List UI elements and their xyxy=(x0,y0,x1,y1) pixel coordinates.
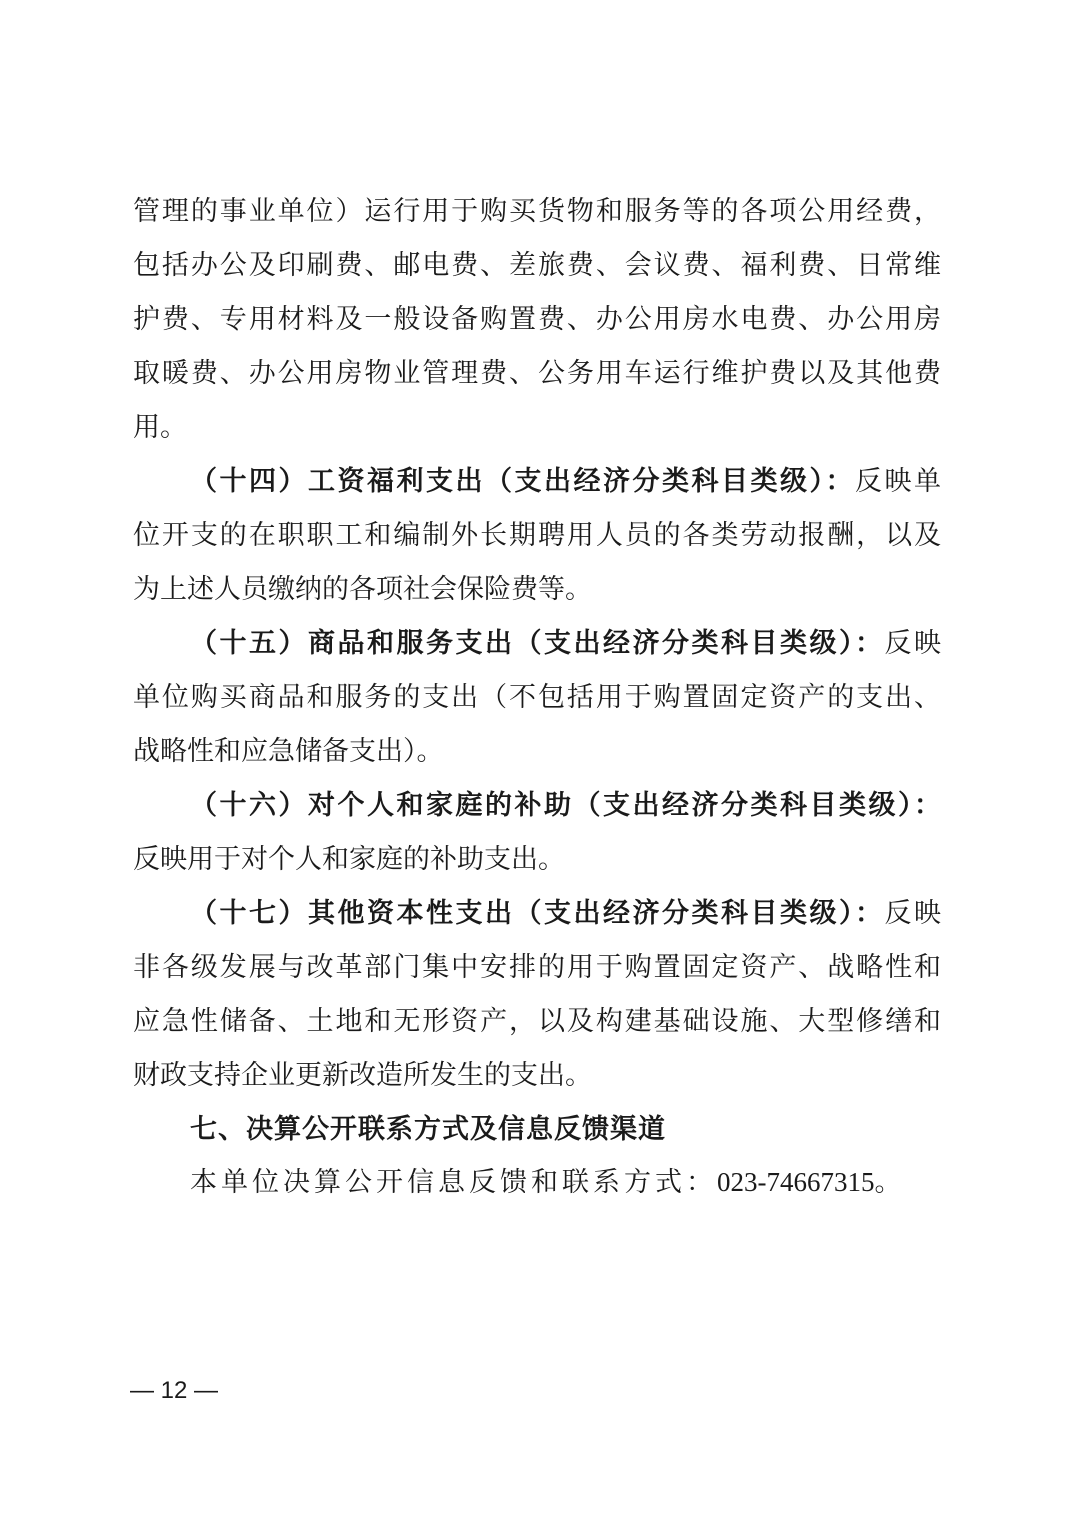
term-17: （十七）其他资本性支出（支出经济分类科目类级）： xyxy=(190,898,885,929)
contact-label: 本单位决算公开信息反馈和联系方式： xyxy=(190,1167,717,1198)
section-heading: 七、决算公开联系方式及信息反馈渠道 xyxy=(190,1110,666,1150)
paragraph-line: 单位购买商品和服务的支出（不包括用于购置固定资产的支出、 xyxy=(133,678,941,718)
term-15: （十五）商品和服务支出（支出经济分类科目类级）： xyxy=(190,628,885,659)
term-16: （十六）对个人和家庭的补助（支出经济分类科目类级）： xyxy=(190,790,941,821)
paragraph-line: 位开支的在职职工和编制外长期聘用人员的各类劳动报酬，以及 xyxy=(133,516,941,556)
term-17-desc-start: 反映 xyxy=(885,898,942,929)
contact-phone: 023-74667315 xyxy=(717,1167,875,1197)
contact-end: 。 xyxy=(875,1167,906,1198)
page-number: — 12 — xyxy=(130,1376,218,1406)
term-14-desc-start: 反映单 xyxy=(855,466,941,497)
term-15-desc-start: 反映 xyxy=(885,628,942,659)
paragraph-line: 应急性储备、土地和无形资产，以及构建基础设施、大型修缮和 xyxy=(133,1002,941,1042)
paragraph-line: 取暖费、办公用房物业管理费、公务用车运行维护费以及其他费 xyxy=(133,354,941,394)
contact-line: 本单位决算公开信息反馈和联系方式：023-74667315。 xyxy=(190,1162,906,1203)
paragraph-line: 财政支持企业更新改造所发生的支出。 xyxy=(133,1056,941,1096)
paragraph-line: 非各级发展与改革部门集中安排的用于购置固定资产、战略性和 xyxy=(133,948,941,988)
paragraph-16-first-line: （十六）对个人和家庭的补助（支出经济分类科目类级）： xyxy=(190,786,941,826)
paragraph-15-first-line: （十五）商品和服务支出（支出经济分类科目类级）：反映 xyxy=(190,624,941,664)
paragraph-line: 包括办公及印刷费、邮电费、差旅费、会议费、福利费、日常维 xyxy=(133,246,941,286)
paragraph-line: 战略性和应急储备支出）。 xyxy=(133,732,941,772)
document-page: 管理的事业单位）运行用于购买货物和服务等的各项公用经费， 包括办公及印刷费、邮电… xyxy=(0,0,1075,1520)
paragraph-line: 管理的事业单位）运行用于购买货物和服务等的各项公用经费， xyxy=(133,192,941,232)
paragraph-line: 反映用于对个人和家庭的补助支出。 xyxy=(133,840,941,880)
paragraph-14-first-line: （十四）工资福利支出（支出经济分类科目类级）：反映单 xyxy=(190,462,941,502)
paragraph-line: 用。 xyxy=(133,408,941,448)
term-14: （十四）工资福利支出（支出经济分类科目类级）： xyxy=(190,466,855,497)
paragraph-17-first-line: （十七）其他资本性支出（支出经济分类科目类级）：反映 xyxy=(190,894,941,934)
paragraph-line: 护费、专用材料及一般设备购置费、办公用房水电费、办公用房 xyxy=(133,300,941,340)
paragraph-line: 为上述人员缴纳的各项社会保险费等。 xyxy=(133,570,941,610)
